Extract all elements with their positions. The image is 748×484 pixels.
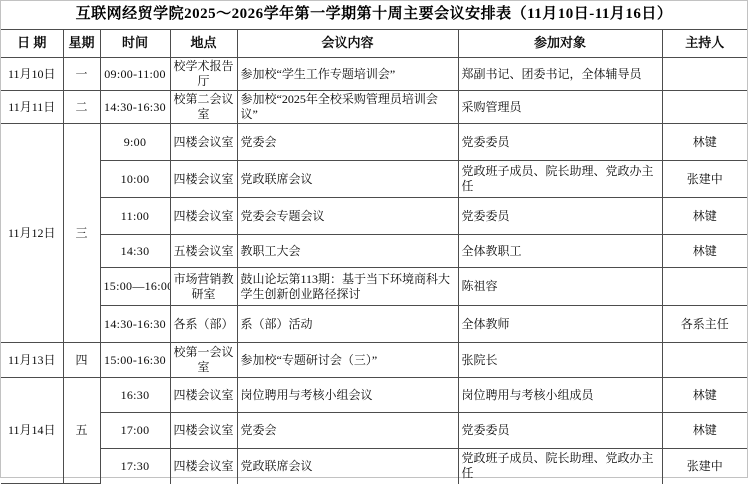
- time-cell: 10:00: [100, 161, 170, 198]
- col-header-content: 会议内容: [237, 30, 458, 58]
- table-row: 17:30 四楼会议室 党政联席会议 党政班子成员、院长助理、党政办主任 张建中: [1, 449, 747, 484]
- attendees-cell: 张院长: [458, 343, 662, 378]
- week-cell: 四: [63, 343, 100, 378]
- host-cell: 林键: [662, 378, 747, 413]
- week-cell: 二: [63, 91, 100, 124]
- host-cell: [662, 58, 747, 91]
- date-cell: 11月11日: [1, 91, 63, 124]
- location-cell: 四楼会议室: [170, 124, 237, 161]
- host-cell: 各系主任: [662, 306, 747, 343]
- date-cell: 11月12日: [1, 124, 63, 343]
- content-cell: 党政联席会议: [237, 449, 458, 484]
- col-header-attendees: 参加对象: [458, 30, 662, 58]
- table-body: 11月10日 一 09:00-11:00 校学术报告厅 参加校“学生工作专题培训…: [1, 58, 747, 484]
- time-cell: 11:00: [100, 198, 170, 235]
- content-cell: 党政联席会议: [237, 161, 458, 198]
- table-row: 11月13日 四 15:00-16:30 校第一会议室 参加校“专题研讨会（三）…: [1, 343, 747, 378]
- col-header-week: 星期: [63, 30, 100, 58]
- schedule-table: 日 期 星期 时间 地点 会议内容 参加对象 主持人 11月10日 一 09:0…: [1, 29, 747, 484]
- schedule-page: 互联网经贸学院2025～2026学年第一学期第十周主要会议安排表（11月10日-…: [0, 0, 748, 478]
- content-cell: 参加校“2025年全校采购管理员培训会议”: [237, 91, 458, 124]
- time-cell: 9:00: [100, 124, 170, 161]
- content-cell: 参加校“学生工作专题培训会”: [237, 58, 458, 91]
- week-cell: 五: [63, 378, 100, 484]
- col-header-host: 主持人: [662, 30, 747, 58]
- host-cell: 张建中: [662, 161, 747, 198]
- location-cell: 四楼会议室: [170, 161, 237, 198]
- table-header: 日 期 星期 时间 地点 会议内容 参加对象 主持人: [1, 30, 747, 58]
- time-cell: 14:30-16:30: [100, 91, 170, 124]
- content-cell: 系（部）活动: [237, 306, 458, 343]
- content-cell: 教职工大会: [237, 235, 458, 268]
- location-cell: 四楼会议室: [170, 449, 237, 484]
- col-header-date: 日 期: [1, 30, 63, 58]
- header-row: 日 期 星期 时间 地点 会议内容 参加对象 主持人: [1, 30, 747, 58]
- host-cell: [662, 268, 747, 306]
- attendees-cell: 郑副书记、团委书记，全体辅导员: [458, 58, 662, 91]
- table-row: 11:00 四楼会议室 党委会专题会议 党委委员 林键: [1, 198, 747, 235]
- attendees-cell: 陈祖容: [458, 268, 662, 306]
- attendees-cell: 采购管理员: [458, 91, 662, 124]
- content-cell: 党委会: [237, 413, 458, 449]
- date-cell: 11月13日: [1, 343, 63, 378]
- week-cell: 一: [63, 58, 100, 91]
- content-cell: 鼓山论坛第113期：基于当下环境商科大学生创新创业路径探讨: [237, 268, 458, 306]
- date-cell: 11月14日: [1, 378, 63, 484]
- table-row: 11月10日 一 09:00-11:00 校学术报告厅 参加校“学生工作专题培训…: [1, 58, 747, 91]
- location-cell: 四楼会议室: [170, 413, 237, 449]
- attendees-cell: 岗位聘用与考核小组成员: [458, 378, 662, 413]
- table-row: 10:00 四楼会议室 党政联席会议 党政班子成员、院长助理、党政办主任 张建中: [1, 161, 747, 198]
- time-cell: 17:00: [100, 413, 170, 449]
- host-cell: 林键: [662, 235, 747, 268]
- time-cell: 09:00-11:00: [100, 58, 170, 91]
- host-cell: [662, 343, 747, 378]
- location-cell: 校学术报告厅: [170, 58, 237, 91]
- host-cell: 张建中: [662, 449, 747, 484]
- week-cell: 三: [63, 124, 100, 343]
- time-cell: 15:00—16:00: [100, 268, 170, 306]
- table-row: 11月12日 三 9:00 四楼会议室 党委会 党委委员 林键: [1, 124, 747, 161]
- location-cell: 五楼会议室: [170, 235, 237, 268]
- table-row: 14:30 五楼会议室 教职工大会 全体教职工 林键: [1, 235, 747, 268]
- attendees-cell: 党委委员: [458, 198, 662, 235]
- content-cell: 参加校“专题研讨会（三）”: [237, 343, 458, 378]
- location-cell: 校第一会议室: [170, 343, 237, 378]
- table-row: 15:00—16:00 市场营销教研室 鼓山论坛第113期：基于当下环境商科大学…: [1, 268, 747, 306]
- content-cell: 岗位聘用与考核小组会议: [237, 378, 458, 413]
- table-row: 11月14日 五 16:30 四楼会议室 岗位聘用与考核小组会议 岗位聘用与考核…: [1, 378, 747, 413]
- host-cell: 林键: [662, 124, 747, 161]
- host-cell: 林键: [662, 198, 747, 235]
- attendees-cell: 党委委员: [458, 124, 662, 161]
- time-cell: 17:30: [100, 449, 170, 484]
- content-cell: 党委会: [237, 124, 458, 161]
- time-cell: 15:00-16:30: [100, 343, 170, 378]
- attendees-cell: 党委委员: [458, 413, 662, 449]
- location-cell: 各系（部）: [170, 306, 237, 343]
- location-cell: 市场营销教研室: [170, 268, 237, 306]
- table-row: 14:30-16:30 各系（部） 系（部）活动 全体教师 各系主任: [1, 306, 747, 343]
- host-cell: [662, 91, 747, 124]
- location-cell: 四楼会议室: [170, 378, 237, 413]
- host-cell: 林键: [662, 413, 747, 449]
- attendees-cell: 全体教师: [458, 306, 662, 343]
- time-cell: 16:30: [100, 378, 170, 413]
- location-cell: 校第二会议室: [170, 91, 237, 124]
- location-cell: 四楼会议室: [170, 198, 237, 235]
- attendees-cell: 全体教职工: [458, 235, 662, 268]
- attendees-cell: 党政班子成员、院长助理、党政办主任: [458, 449, 662, 484]
- col-header-place: 地点: [170, 30, 237, 58]
- col-header-time: 时间: [100, 30, 170, 58]
- time-cell: 14:30-16:30: [100, 306, 170, 343]
- page-title: 互联网经贸学院2025～2026学年第一学期第十周主要会议安排表（11月10日-…: [1, 1, 747, 29]
- content-cell: 党委会专题会议: [237, 198, 458, 235]
- date-cell: 11月10日: [1, 58, 63, 91]
- table-row: 11月11日 二 14:30-16:30 校第二会议室 参加校“2025年全校采…: [1, 91, 747, 124]
- attendees-cell: 党政班子成员、院长助理、党政办主任: [458, 161, 662, 198]
- table-row: 17:00 四楼会议室 党委会 党委委员 林键: [1, 413, 747, 449]
- time-cell: 14:30: [100, 235, 170, 268]
